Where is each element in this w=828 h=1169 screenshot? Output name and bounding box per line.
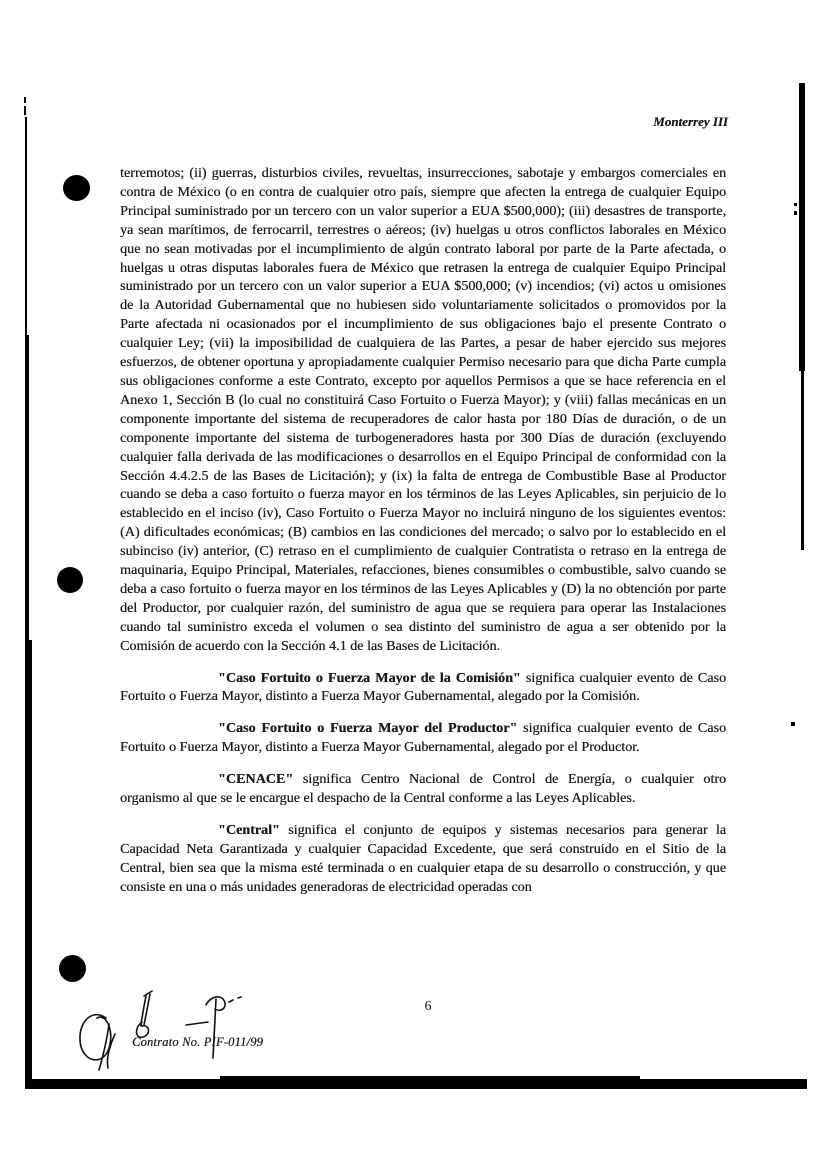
body-paragraph: terremotos; (ii) guerras, disturbios civ… (120, 164, 726, 656)
scan-artifact-left-edge (24, 97, 26, 103)
defined-term: "CENACE" (218, 771, 293, 787)
document-page: Monterrey III terremotos; (ii) guerras, … (0, 0, 828, 1169)
scan-artifact-right-edge (799, 83, 805, 371)
handwritten-initial-right (186, 997, 241, 1058)
hole-punch-dot (59, 955, 86, 982)
scan-artifact-right-edge (791, 722, 795, 726)
hole-punch-dot (63, 175, 90, 201)
scan-artifact-right-edge (794, 211, 797, 215)
scan-artifact-right-edge (801, 371, 804, 550)
defined-term: "Central" (218, 822, 280, 838)
page-number: 6 (408, 999, 448, 1015)
scan-artifact-left-edge (25, 335, 29, 640)
scan-artifact-bottom-edge (220, 1076, 640, 1080)
definition-paragraph-comision: "Caso Fortuito o Fuerza Mayor de la Comi… (120, 669, 726, 707)
definition-text: significa Centro Nacional de Control de … (120, 771, 726, 806)
scan-artifact-bottom-edge (28, 1079, 807, 1089)
definition-paragraph-central: "Central" significa el conjunto de equip… (120, 821, 726, 897)
defined-term: "Caso Fortuito o Fuerza Mayor de la Comi… (218, 670, 521, 686)
document-body: terremotos; (ii) guerras, disturbios civ… (120, 164, 726, 910)
scan-artifact-left-edge (25, 640, 32, 1089)
handwritten-loop-initial (80, 1015, 115, 1070)
definition-paragraph-productor: "Caso Fortuito o Fuerza Mayor del Produc… (120, 719, 726, 757)
definition-text: significa el conjunto de equipos y siste… (120, 822, 726, 895)
defined-term: "Caso Fortuito o Fuerza Mayor del Produc… (218, 720, 517, 736)
page-header-title: Monterrey III (560, 114, 728, 130)
scan-artifact-left-edge (25, 117, 27, 335)
definition-paragraph-cenace: "CENACE" significa Centro Nacional de Co… (120, 770, 726, 808)
hole-punch-dot (57, 567, 83, 593)
scan-artifact-left-edge (24, 106, 26, 115)
scan-artifact-right-edge (794, 203, 797, 206)
handwritten-initial-left (136, 991, 152, 1037)
